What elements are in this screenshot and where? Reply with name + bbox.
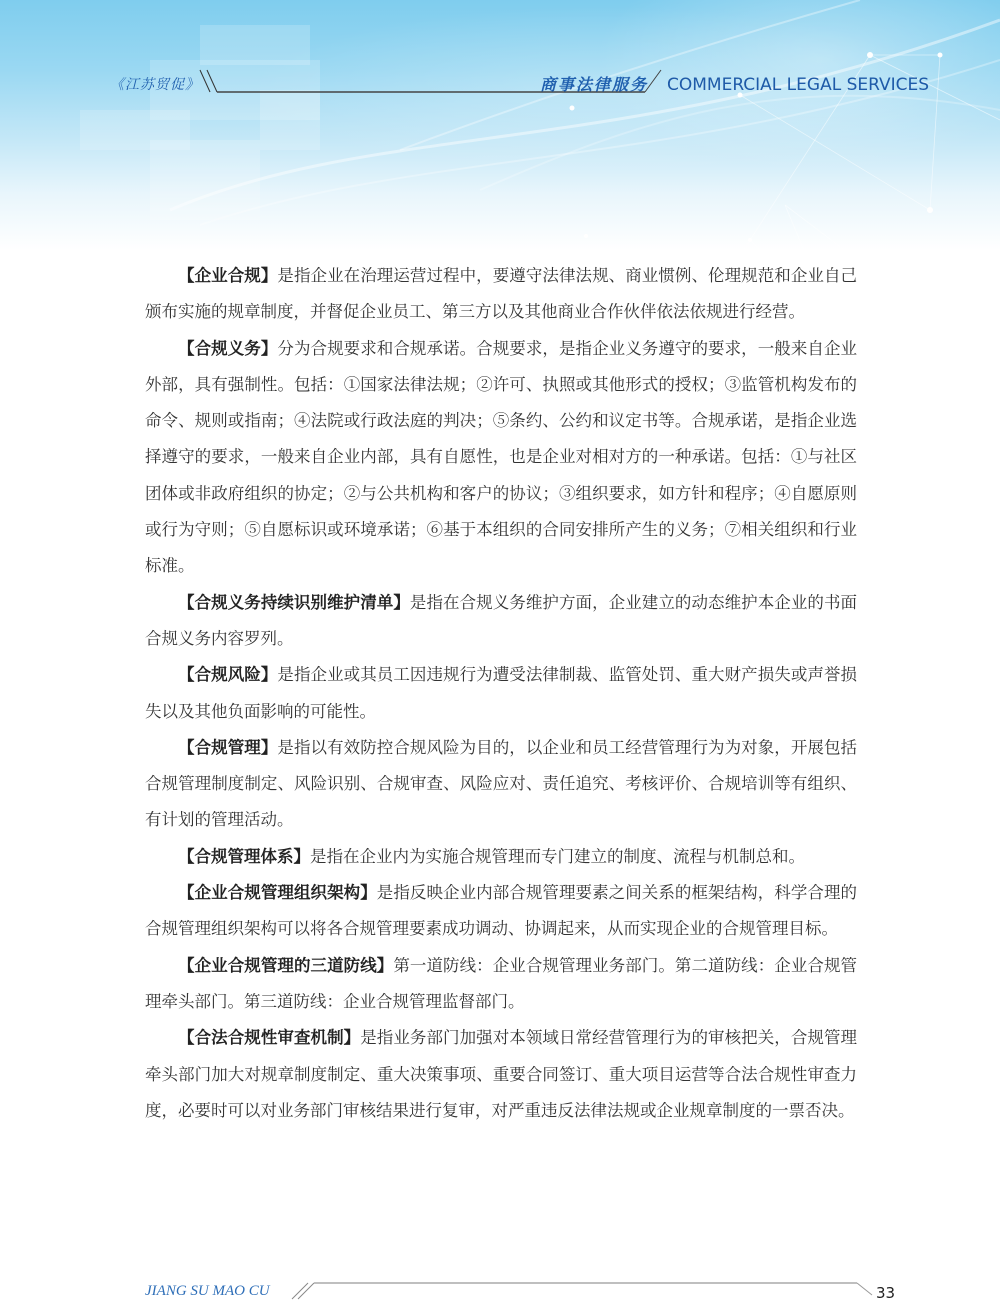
definition-term: 【合规管理】 <box>178 738 277 757</box>
footer-magazine-name: JIANG SU MAO CU <box>145 1283 270 1300</box>
header-banner <box>0 0 1000 250</box>
definition-term: 【企业合规管理的三道防线】 <box>178 956 393 975</box>
definition-term: 【企业合规】 <box>178 266 277 285</box>
definition-entry: 【合规管理】是指以有效防控合规风险为目的，以企业和员工经营管理行为为对象，开展包… <box>145 730 857 839</box>
definition-entry: 【企业合规管理的三道防线】第一道防线：企业合规管理业务部门。第二道防线：企业合规… <box>145 948 857 1021</box>
definition-entry: 【企业合规】是指企业在治理运营过程中，要遵守法律法规、商业惯例、伦理规范和企业自… <box>145 258 857 331</box>
decorative-network-graphic <box>0 0 1000 250</box>
definition-entry: 【合规风险】是指企业或其员工因违规行为遭受法律制裁、监管处罚、重大财产损失或声誉… <box>145 657 857 730</box>
definition-term: 【企业合规管理组织架构】 <box>178 883 377 902</box>
definition-entry: 【合规义务持续识别维护清单】是指在合规义务维护方面，企业建立的动态维护本企业的书… <box>145 585 857 658</box>
definition-entry: 【合规义务】分为合规要求和合规承诺。合规要求，是指企业义务遵守的要求，一般来自企… <box>145 331 857 585</box>
definition-text: 是指在企业内为实施合规管理而专门建立的制度、流程与机制总和。 <box>310 847 805 866</box>
definition-term: 【合规风险】 <box>178 665 277 684</box>
definition-text: 分为合规要求和合规承诺。合规要求，是指企业义务遵守的要求，一般来自企业外部，具有… <box>145 339 857 576</box>
definition-term: 【合规义务持续识别维护清单】 <box>178 593 410 612</box>
magazine-title: 《江苏贸促》 <box>110 74 200 94</box>
definition-term: 【合规管理体系】 <box>178 847 310 866</box>
section-title-cn: 商事法律服务 <box>540 72 648 95</box>
definition-term: 【合规义务】 <box>178 339 277 358</box>
definition-entry: 【企业合规管理组织架构】是指反映企业内部合规管理要素之间关系的框架结构，科学合理… <box>145 875 857 948</box>
section-title-en: COMMERCIAL LEGAL SERVICES <box>667 75 929 95</box>
definition-entry: 【合法合规性审查机制】是指业务部门加强对本领域日常经营管理行为的审核把关，合规管… <box>145 1020 857 1129</box>
definition-term: 【合法合规性审查机制】 <box>178 1028 360 1047</box>
page-number: 33 <box>876 1284 895 1302</box>
article-body: 【企业合规】是指企业在治理运营过程中，要遵守法律法规、商业惯例、伦理规范和企业自… <box>145 258 857 1129</box>
definition-entry: 【合规管理体系】是指在企业内为实施合规管理而专门建立的制度、流程与机制总和。 <box>145 839 857 875</box>
